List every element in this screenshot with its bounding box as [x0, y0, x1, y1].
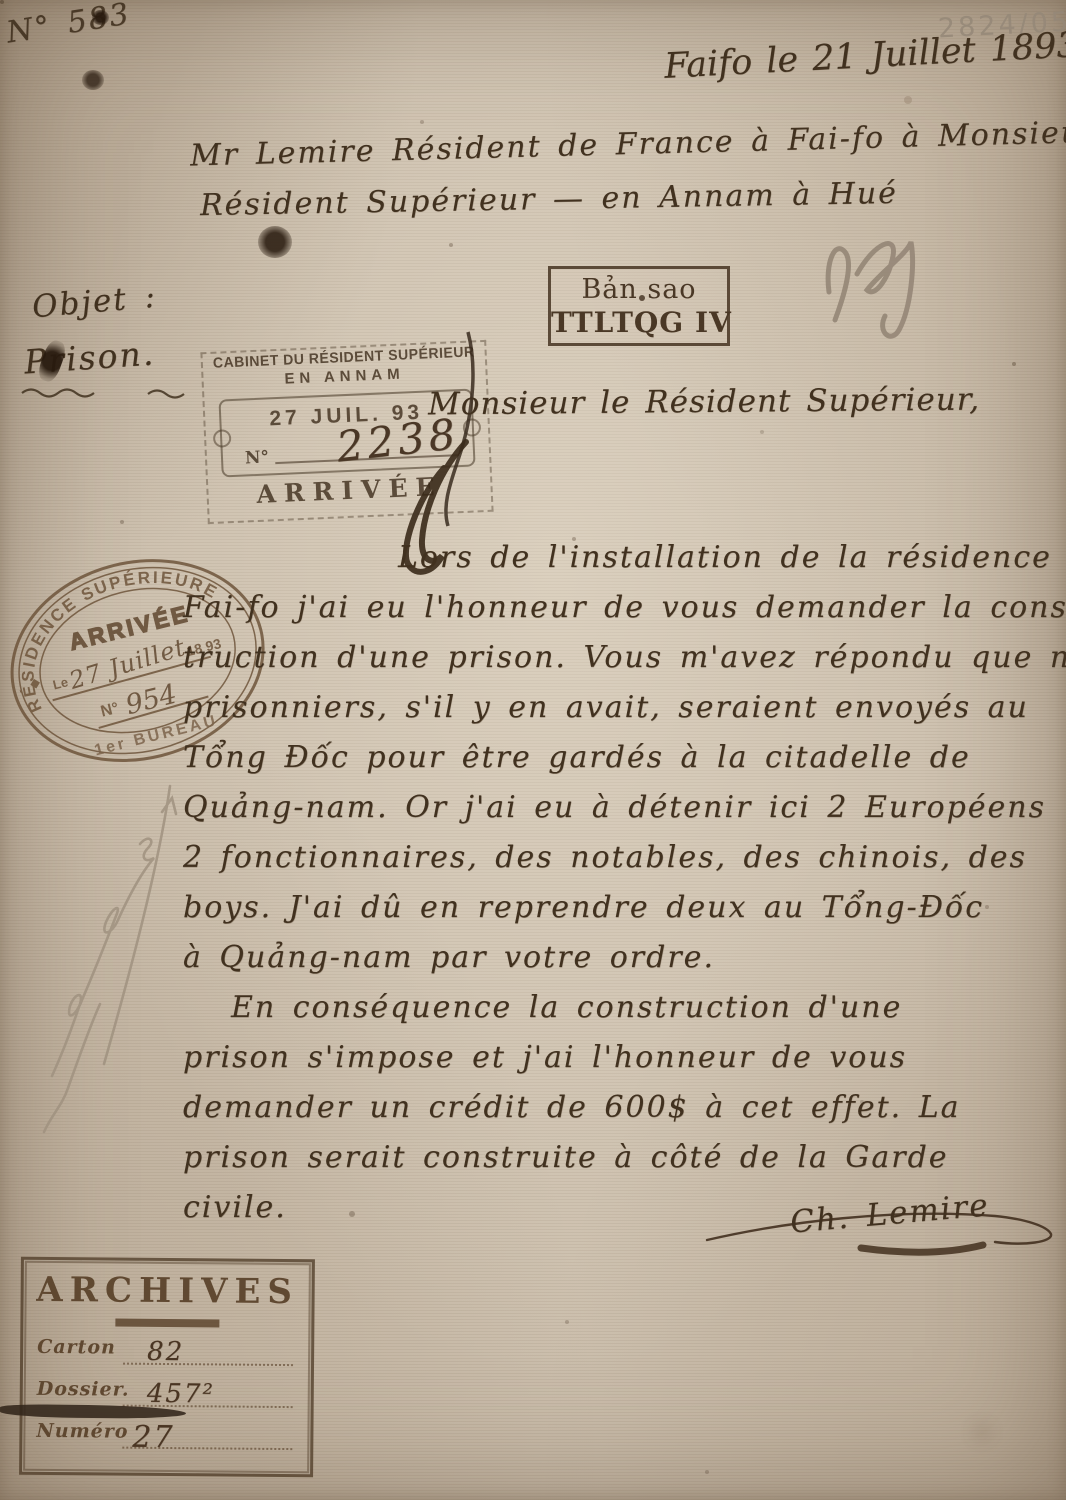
letter-line: En conséquence la construction d'une: [183, 983, 1066, 1033]
oval-stamp-date-prefix: Le: [51, 674, 69, 692]
oval-stamp-no-label: N°: [99, 700, 121, 721]
archives-label-box: ARCHIVES Carton 82 Dossier. 457² Numéro …: [19, 1257, 315, 1478]
letter-line: Lors de l'installation de la résidence à: [183, 533, 1066, 583]
paragraph-1: Lors de l'installation de la résidence à…: [183, 533, 1066, 983]
bansao-stamp-line2: TTLTQG IV: [551, 306, 727, 339]
margin-pencil-scribble: [12, 752, 212, 1152]
ink-blot: [258, 226, 292, 258]
ink-blot: [82, 70, 104, 90]
archives-title-underline: [115, 1319, 219, 1328]
letter-line: Quảng-nam. Or j'ai eu à détenir ici 2 Eu…: [183, 783, 1066, 833]
cabinet-stamp-no-label: N°: [245, 447, 270, 468]
scanned-letter-page: 2824/05 N° 583 Faifo le 21 Juillet 1893 …: [0, 0, 1066, 1500]
letter-line: 2 fonctionnaires, des notables, des chin…: [183, 833, 1066, 883]
letter-line: boys. J'ai dû en reprendre deux au Tổng-…: [183, 883, 1066, 933]
letter-line: à Quảng-nam par votre ordre.: [183, 933, 1066, 983]
bansao-archive-stamp: Bản sao TTLTQG IV: [548, 266, 730, 346]
ink-blot: [92, 10, 109, 25]
pencil-scribble: [815, 212, 965, 342]
corner-ink-note: N° 583: [4, 0, 133, 51]
archives-row-value: 457²: [147, 1379, 215, 1410]
sender-line-1: Mr Lemire Résident de France à Fai-fo à …: [190, 113, 1066, 173]
letter-line: truction d'une prison. Vous m'avez répon…: [183, 633, 1066, 683]
letter-dateline: Faifo le 21 Juillet 1893: [663, 25, 1066, 87]
letter-line: Fai-fo j'ai eu l'honneur de vous demande…: [183, 583, 1066, 633]
archives-row-label: Dossier.: [37, 1378, 130, 1401]
letter-line: prison serait construite à côté de la Ga…: [183, 1133, 1066, 1183]
archives-row-numero: Numéro 27: [36, 1420, 296, 1454]
sender-line-2: Résident Supérieur — en Annam à Hué: [200, 176, 898, 223]
archives-row-carton: Carton 82: [37, 1336, 297, 1370]
oval-stamp-number: 954: [123, 679, 181, 722]
letter-line: prison s'impose et j'ai l'honneur de vou…: [183, 1033, 1066, 1083]
objet-label: Objet :: [31, 279, 159, 326]
archives-title: ARCHIVES: [23, 1270, 311, 1313]
archives-row-label: Numéro: [36, 1420, 128, 1443]
archives-row-value: 82: [147, 1337, 184, 1367]
archives-row-value: 27: [132, 1420, 174, 1455]
letter-body: Lors de l'installation de la résidence à…: [183, 533, 1066, 1233]
wavy-underline: [20, 386, 220, 400]
salutation: Monsieur le Résident Supérieur,: [428, 382, 980, 423]
letter-line: demander un crédit de 600$ à cet effet. …: [183, 1083, 1066, 1133]
archives-row-label: Carton: [37, 1336, 116, 1359]
letter-line: prisonniers, s'il y en avait, seraient e…: [183, 683, 1066, 733]
bansao-stamp-line1: Bản sao: [551, 274, 727, 305]
letter-line: Tổng Đốc pour être gardés à la citadelle…: [183, 733, 1066, 783]
